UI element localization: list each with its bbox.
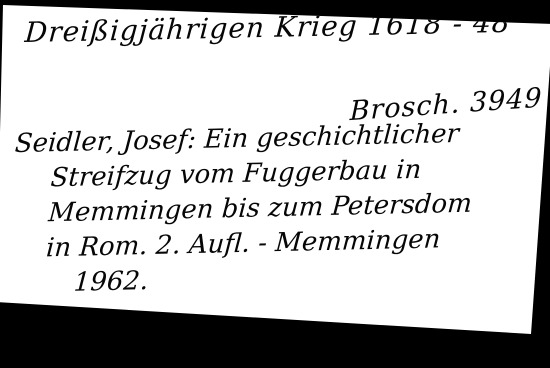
entry-text: Seidler, Josef: Ein geschichtlicher Stre… xyxy=(5,117,478,303)
scan-background: { "card": { "heading": "Dreißigjährigen … xyxy=(0,0,550,368)
subject-heading: Dreißigjährigen Krieg 1618 - 48 xyxy=(24,6,512,49)
catalog-card: Dreißigjährigen Krieg 1618 - 48 Brosch. … xyxy=(0,0,550,368)
